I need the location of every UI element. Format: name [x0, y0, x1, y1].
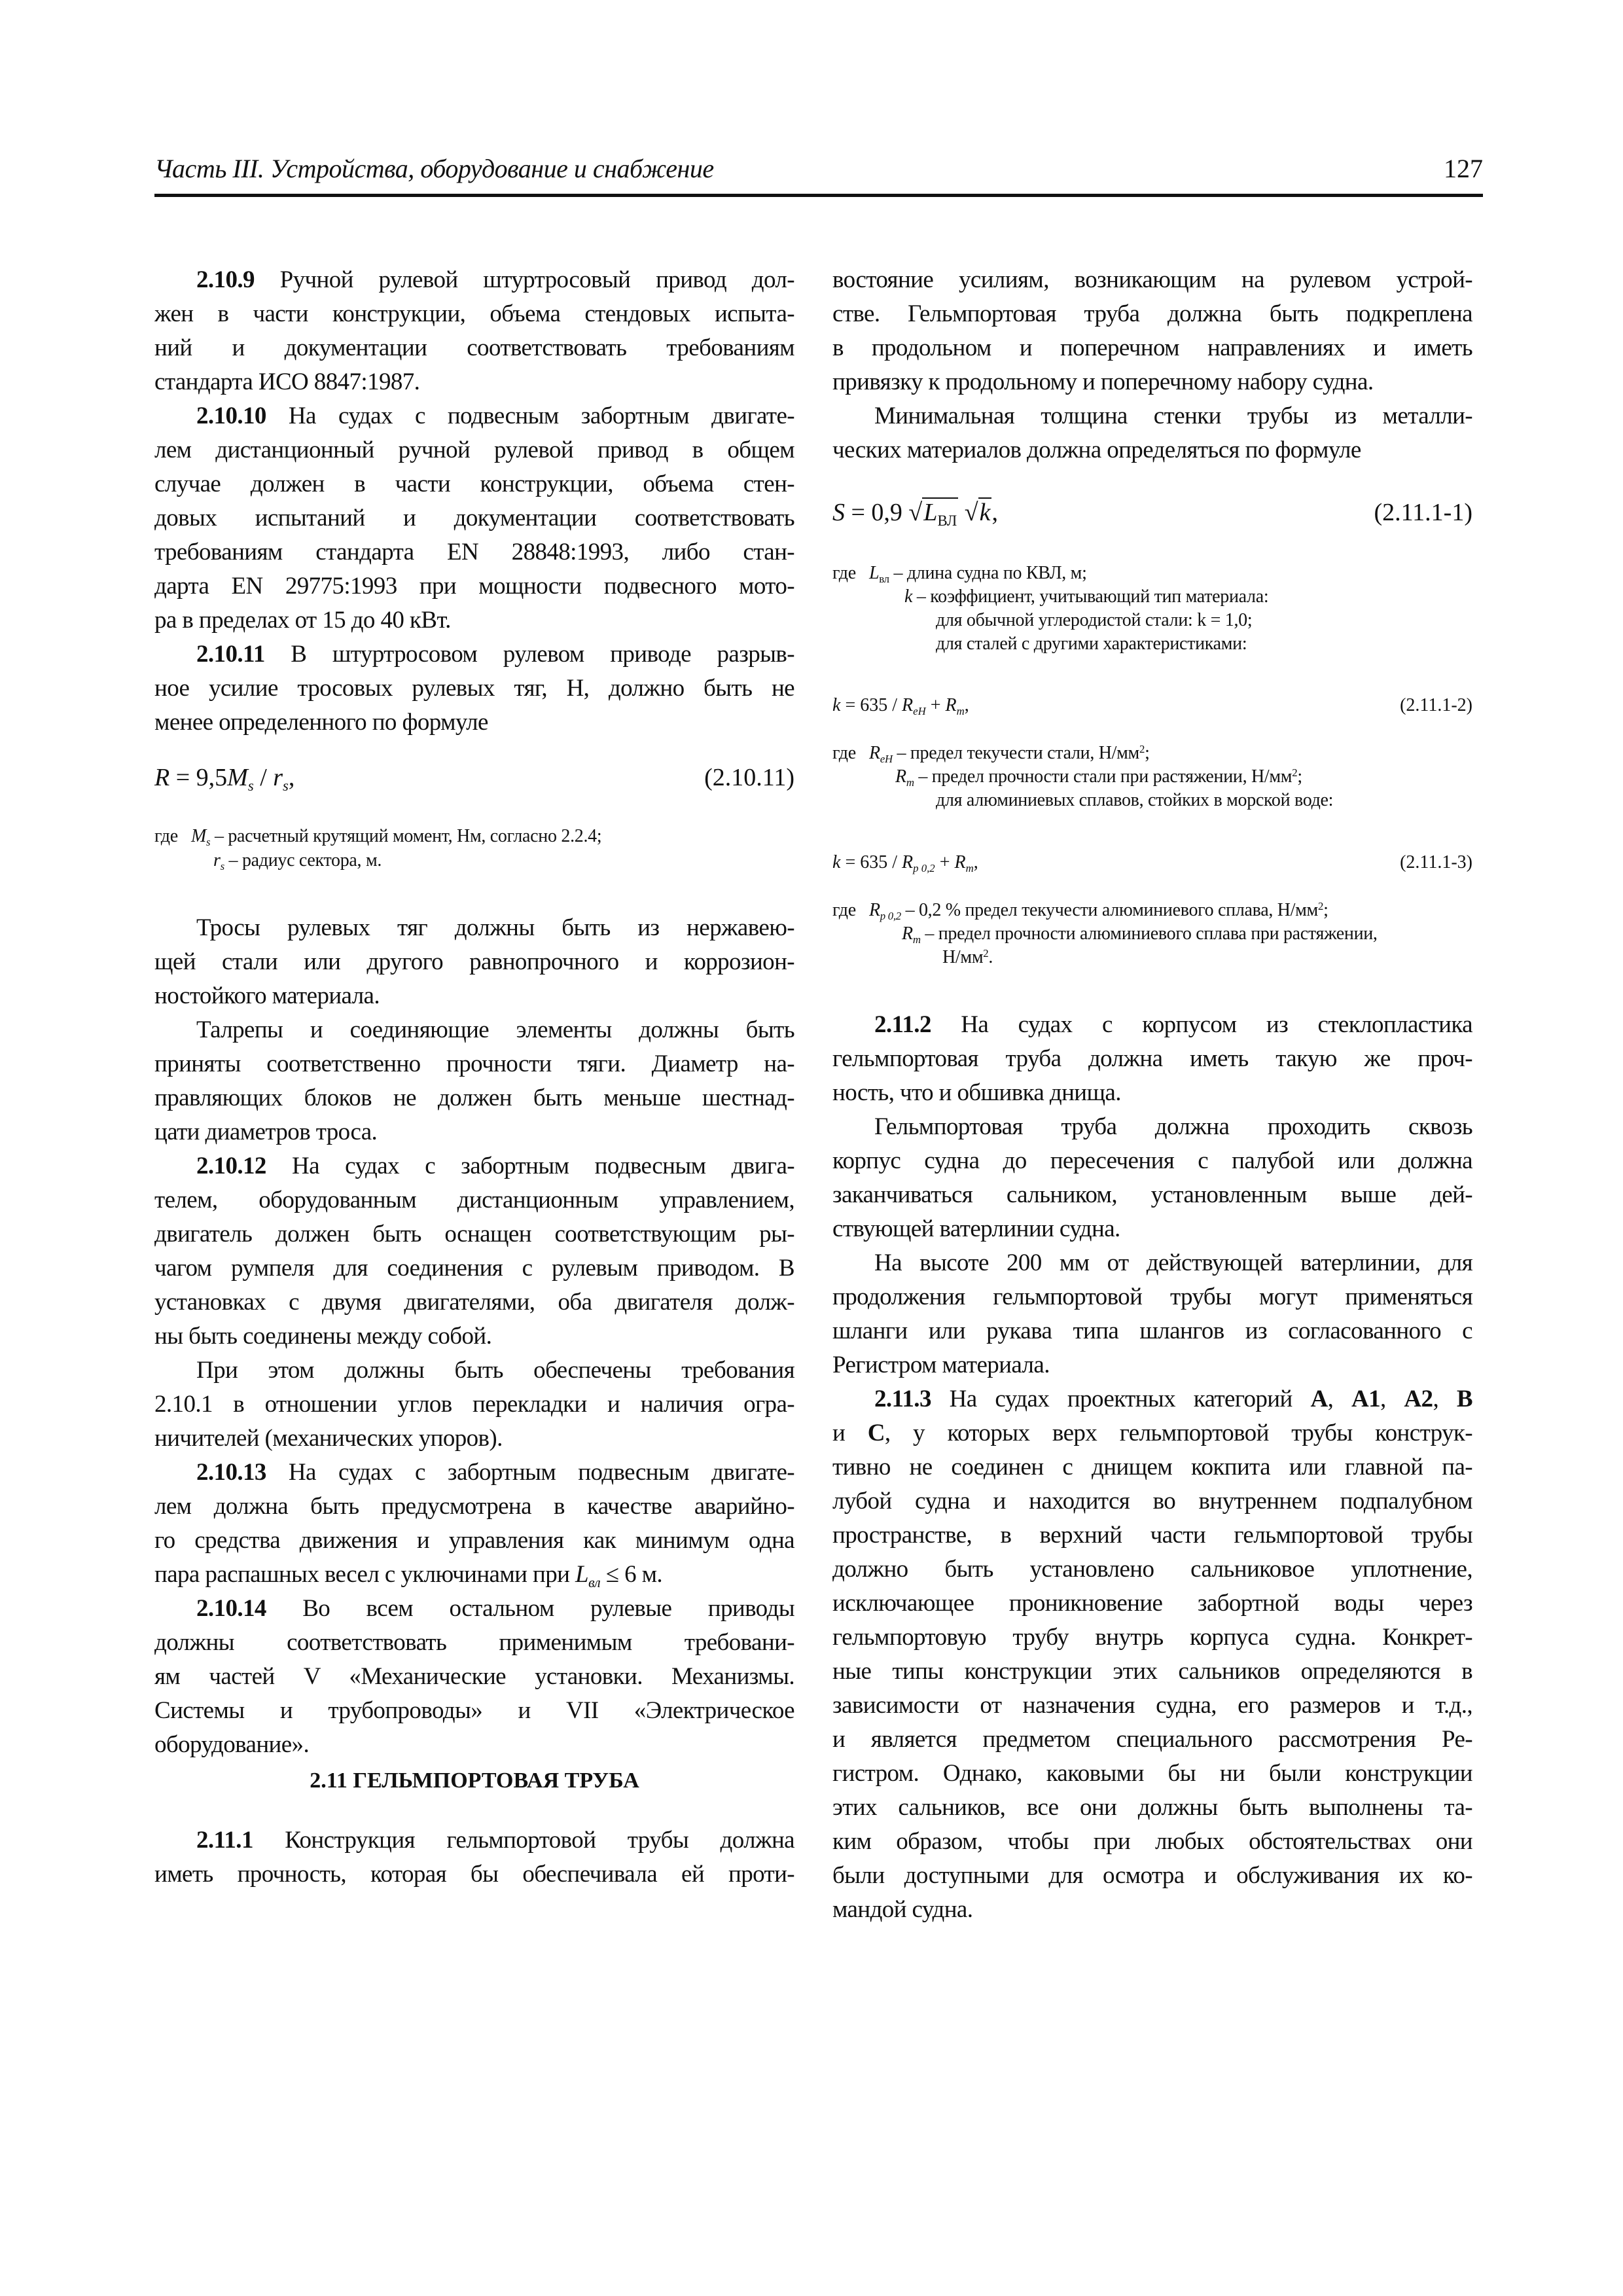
legend-line: для сталей с другими характеристиками:	[832, 632, 1472, 656]
clause-number: 2.10.11	[196, 641, 265, 668]
text-line: телем, оборудованным дистанционным управ…	[154, 1185, 794, 1215]
text-line: тивно не соединен с днищем кокпита или г…	[832, 1452, 1472, 1482]
text-line: должно быть установлено сальниковое упло…	[832, 1554, 1472, 1585]
text-line: ничителей (механических упоров).	[154, 1424, 794, 1454]
text-line: оборудование».	[154, 1730, 794, 1760]
formula-expression: k = 635 / Rp 0,2 + Rm,	[832, 848, 978, 878]
running-header-title: Часть III. Устройства, оборудование и сн…	[154, 153, 714, 184]
legend-line: rs – радиус сектора, м.	[154, 849, 794, 872]
legend-line: где ReH – предел текучести стали, Н/мм2;	[832, 742, 1472, 765]
text-line: ностойкого материала.	[154, 981, 794, 1011]
text-line: 2.10.12 На судах с забортным подвесным д…	[154, 1151, 794, 1181]
legend-line: для алюминиевых сплавов, стойких в морск…	[832, 789, 1472, 812]
text-line: ствующей ватерлинии судна.	[832, 1214, 1472, 1244]
text-line: Гельмпортовая труба должна проходить скв…	[832, 1112, 1472, 1142]
text-line: корпус судна до пересечения с палубой ил…	[832, 1146, 1472, 1176]
text-line: цати диаметров троса.	[154, 1117, 794, 1147]
text-line: должны соответствовать применимым требов…	[154, 1628, 794, 1658]
text-line: случае должен в части конструкции, объем…	[154, 469, 794, 499]
text-line: в продольном и поперечном направлениях и…	[832, 333, 1472, 363]
text-line: щей стали или другого равнопрочного и ко…	[154, 947, 794, 977]
text-line: двигатель должен быть оснащен соответств…	[154, 1219, 794, 1249]
text-line: ким образом, чтобы при любых обстоятельс…	[832, 1827, 1472, 1857]
text-line: ческих материалов должна определяться по…	[832, 435, 1472, 465]
formula-number: (2.11.1-2)	[1400, 691, 1472, 721]
text-line: Тросы рулевых тяг должны быть из нержаве…	[154, 913, 794, 943]
clause-number: 2.10.9	[196, 266, 255, 293]
text-line: При этом должны быть обеспечены требован…	[154, 1355, 794, 1386]
text-line: и является предметом специального рассмо…	[832, 1725, 1472, 1755]
text-line: заканчиваться сальником, установленным в…	[832, 1180, 1472, 1210]
text-line: лубой судна и находится во внутреннем по…	[832, 1486, 1472, 1516]
text-line: ное усилие тросовых рулевых тяг, Н, долж…	[154, 673, 794, 704]
text-line: 2.10.1 в отношении углов перекладки и на…	[154, 1390, 794, 1420]
legend-line: Н/мм2.	[832, 946, 1472, 969]
text-line: приняты соответственно прочности тяги. Д…	[154, 1049, 794, 1079]
text-line: стандарта ИСО 8847:1987.	[154, 367, 794, 397]
text-line: установках с двумя двигателями, оба двиг…	[154, 1287, 794, 1318]
text-line: ные типы конструкции этих сальников опре…	[832, 1657, 1472, 1687]
text-line: 2.11.3 На судах проектных категорий A, A…	[832, 1384, 1472, 1414]
text-line: дарта EN 29775:1993 при мощности подвесн…	[154, 571, 794, 601]
formula-number: (2.11.1-3)	[1400, 848, 1472, 878]
text-line: зависимости от назначения судна, его раз…	[832, 1691, 1472, 1721]
formula-number: (2.11.1-1)	[1374, 497, 1472, 528]
text-line: этих сальников, все они должны быть выпо…	[832, 1793, 1472, 1823]
text-line: лем дистанционный ручной рулевой привод …	[154, 435, 794, 465]
legend-line: где Ms – расчетный крутящий момент, Нм, …	[154, 825, 794, 848]
clause-number: 2.11.3	[874, 1386, 931, 1412]
text-line: ний и документации соответствовать требо…	[154, 333, 794, 363]
text-line: Минимальная толщина стенки трубы из мета…	[832, 401, 1472, 431]
clause-number: 2.10.10	[196, 403, 266, 429]
text-line: менее определенного по формуле	[154, 708, 794, 738]
formula-expression: S = 0,9 √LВЛ √k,	[832, 497, 998, 528]
text-line: 2.10.11 В штуртросовом рулевом приводе р…	[154, 639, 794, 670]
text-line: Системы и трубопроводы» и VII «Электриче…	[154, 1696, 794, 1726]
text-line: были доступными для осмотра и обслуживан…	[832, 1861, 1472, 1891]
clause-number: 2.11.2	[874, 1011, 931, 1038]
legend-line: для обычной углеродистой стали: k = 1,0;	[832, 609, 1472, 632]
legend-line: где Rp 0,2 – 0,2 % предел текучести алюм…	[832, 899, 1472, 922]
text-line: 2.10.13 На судах с забортным подвесным д…	[154, 1458, 794, 1488]
text-line: Талрепы и соединяющие элементы должны бы…	[154, 1015, 794, 1045]
text-line: продолжения гельмпортовой трубы могут пр…	[832, 1282, 1472, 1312]
text-line: мандой судна.	[832, 1895, 1472, 1925]
text-line: ра в пределах от 15 до 40 кВт.	[154, 605, 794, 636]
text-line: пространстве, в верхний части гельмпорто…	[832, 1520, 1472, 1551]
text-line: 2.10.10 На судах с подвесным забортным д…	[154, 401, 794, 431]
text-line: стве. Гельмпортовая труба должна быть по…	[832, 299, 1472, 329]
clause-number: 2.10.13	[196, 1459, 266, 1486]
page-number: 127	[1444, 153, 1483, 184]
formula-expression: RR = 9,5 = 9,5Ms / rs,	[154, 762, 294, 793]
text-line: 2.10.9 Ручной рулевой штуртросовый приво…	[154, 265, 794, 295]
text-line: иметь прочность, которая бы обеспечивала…	[154, 1859, 794, 1890]
text-line: довых испытаний и документации соответст…	[154, 503, 794, 533]
text-line: востояние усилиям, возникающим на рулево…	[832, 265, 1472, 295]
header-rule	[154, 194, 1483, 197]
clause-number: 2.10.12	[196, 1153, 266, 1179]
section-heading-2-11: 2.11 ГЕЛЬМПОРТОВАЯ ТРУБА	[154, 1766, 794, 1796]
legend-line: где Lвл – длина судна по КВЛ, м;	[832, 562, 1472, 585]
text-line: ны быть соединены между собой.	[154, 1321, 794, 1352]
formula-number: (2.10.11)	[704, 762, 794, 793]
text-line: правляющих блоков не должен быть меньше …	[154, 1083, 794, 1113]
formula-expression: k = 635 / ReH + Rm,	[832, 691, 969, 721]
text-line: чагом румпеля для соединения с рулевым п…	[154, 1253, 794, 1283]
text-line: исключающее проникновение забортной воды…	[832, 1588, 1472, 1619]
text-line: привязку к продольному и поперечному наб…	[832, 367, 1472, 397]
text-line: гистром. Однако, каковыми бы ни были кон…	[832, 1759, 1472, 1789]
text-line: 2.11.1 Конструкция гельмпортовой трубы д…	[154, 1825, 794, 1856]
text-line: ям частей V «Механические установки. Мех…	[154, 1662, 794, 1692]
legend-line: Rm – предел прочности алюминиевого сплав…	[832, 922, 1472, 946]
legend-line: k – коэффициент, учитывающий тип материа…	[832, 585, 1472, 609]
text-line: лем должна быть предусмотрена в качестве…	[154, 1492, 794, 1522]
text-line: На высоте 200 мм от действующей ватерлин…	[832, 1248, 1472, 1278]
text-line: го средства движения и управления как ми…	[154, 1526, 794, 1556]
text-line: 2.11.2 На судах с корпусом из стеклоплас…	[832, 1010, 1472, 1040]
text-line: и C, у которых верх гельмпортовой трубы …	[832, 1418, 1472, 1448]
text-line: жен в части конструкции, объема стендовы…	[154, 299, 794, 329]
clause-number: 2.11.1	[196, 1827, 253, 1854]
text-line: пара распашных весел с уключинами при Lв…	[154, 1560, 794, 1590]
clause-number: 2.10.14	[196, 1595, 266, 1622]
running-header: Часть III. Устройства, оборудование и сн…	[154, 152, 1483, 191]
text-line: шланги или рукава типа шлангов из соглас…	[832, 1316, 1472, 1346]
text-line: 2.10.14 Во всем остальном рулевые привод…	[154, 1594, 794, 1624]
legend-line: Rm – предел прочности стали при растяжен…	[832, 765, 1472, 789]
text-line: гельмпортовая труба должна иметь такую ж…	[832, 1044, 1472, 1074]
text-line: требованиям стандарта EN 28848:1993, либ…	[154, 537, 794, 567]
text-line: гельмпортовую трубу внутрь корпуса судна…	[832, 1623, 1472, 1653]
text-line: ность, что и обшивка днища.	[832, 1078, 1472, 1108]
text-line: Регистром материала.	[832, 1350, 1472, 1380]
